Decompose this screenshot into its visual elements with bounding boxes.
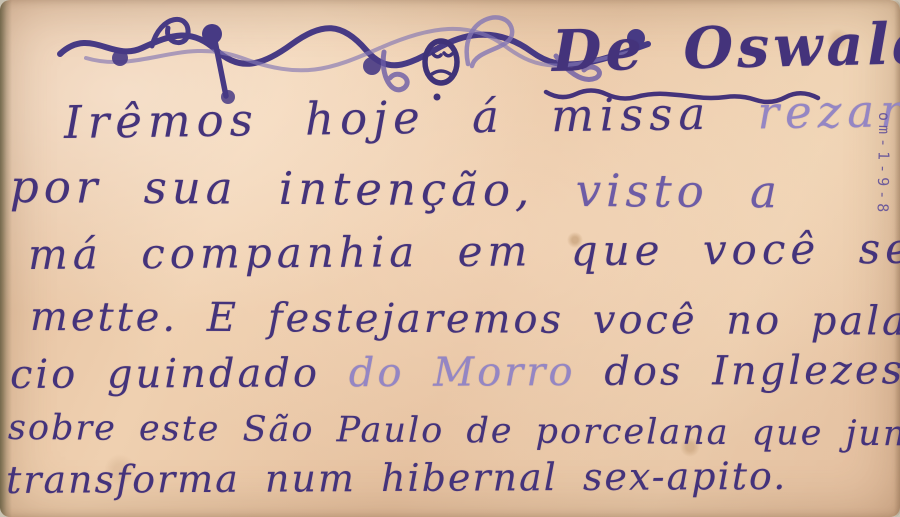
margin-archive-code: om-1-9-8 bbox=[873, 112, 894, 262]
text-line-5: cio guindado do Morro dos Inglezes, bbox=[10, 347, 900, 398]
line-segment: mette. E festejaremos você no pala- bbox=[30, 294, 900, 345]
text-line-1: Irêmos hoje á missa rezar bbox=[64, 84, 900, 149]
line-segment: cio guindado bbox=[10, 350, 349, 398]
line-segment: Irêmos hoje á missa bbox=[64, 86, 758, 149]
text-line-7: transforma num hibernal sex-apito. bbox=[6, 454, 787, 502]
line-segment: sobre este São Paulo de porcelana que ju… bbox=[8, 408, 900, 455]
text-line-4: mette. E festejaremos você no pala- bbox=[30, 294, 900, 345]
line-segment: transforma num hibernal sex-apito. bbox=[6, 454, 787, 502]
text-line-6: sobre este São Paulo de porcelana que ju… bbox=[8, 408, 900, 455]
handwriting-layer: De Oswald Irêmos hoje á missa rezar por … bbox=[0, 0, 900, 517]
line-segment-faded: do Morro bbox=[349, 349, 576, 396]
line-segment: má companhia em que você se bbox=[28, 224, 900, 279]
text-line-2: por sua intenção, visto a bbox=[10, 160, 782, 218]
line-segment-faded: visto a bbox=[576, 164, 783, 218]
line-segment: dos Inglezes, bbox=[575, 347, 900, 395]
text-line-3: má companhia em que você se bbox=[28, 224, 900, 279]
postcard-scan: De Oswald Irêmos hoje á missa rezar por … bbox=[0, 0, 900, 517]
line-segment: por sua intenção, bbox=[10, 160, 576, 217]
sender-signature: De Oswald bbox=[551, 10, 900, 85]
